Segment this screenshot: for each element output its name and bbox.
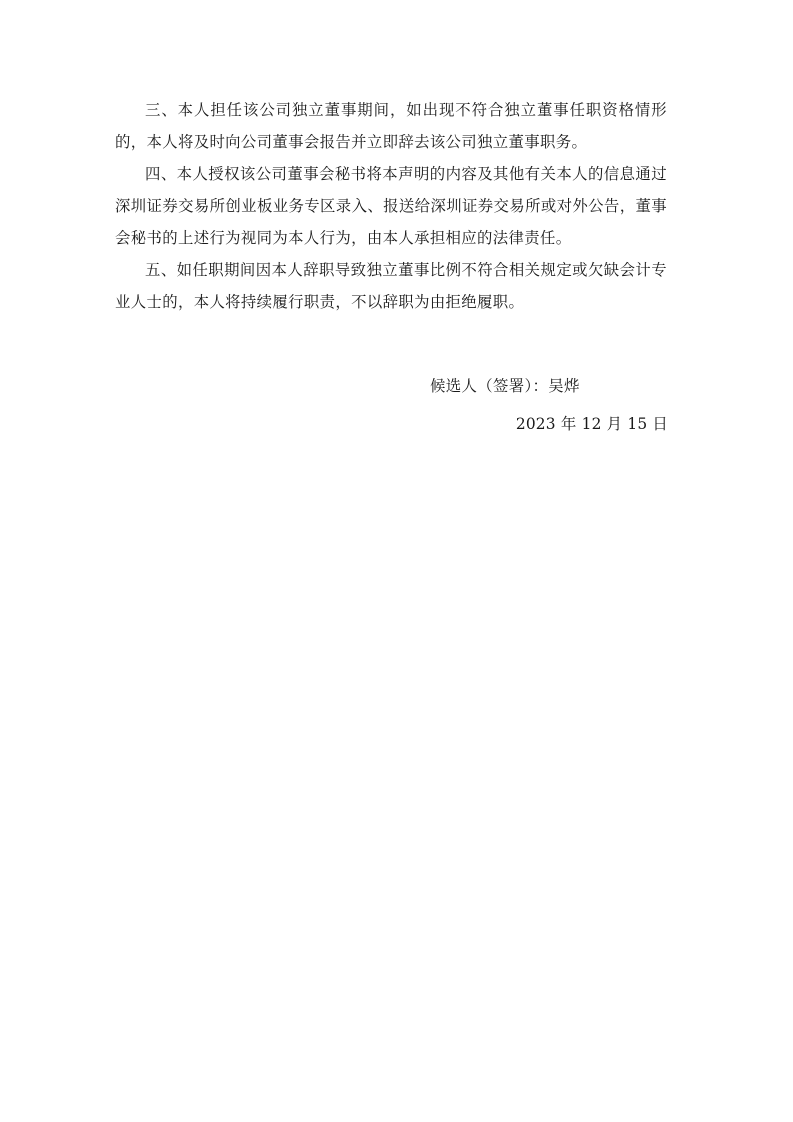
document-page: 三、本人担任该公司独立董事期间，如出现不符合独立董事任职资格情形的，本人将及时向…	[0, 0, 793, 1122]
signature-date: 2023 年 12 月 15 日	[516, 408, 668, 440]
paragraph-4: 四、本人授权该公司董事会秘书将本声明的内容及其他有关本人的信息通过深圳证券交易所…	[115, 158, 667, 254]
candidate-signature: 候选人（签署）：吴烨	[430, 370, 580, 402]
paragraph-3: 三、本人担任该公司独立董事期间，如出现不符合独立董事任职资格情形的，本人将及时向…	[115, 94, 667, 158]
paragraph-5: 五、如任职期间因本人辞职导致独立董事比例不符合相关规定或欠缺会计专业人士的，本人…	[115, 254, 667, 318]
declaration-body: 三、本人担任该公司独立董事期间，如出现不符合独立董事任职资格情形的，本人将及时向…	[115, 94, 667, 318]
